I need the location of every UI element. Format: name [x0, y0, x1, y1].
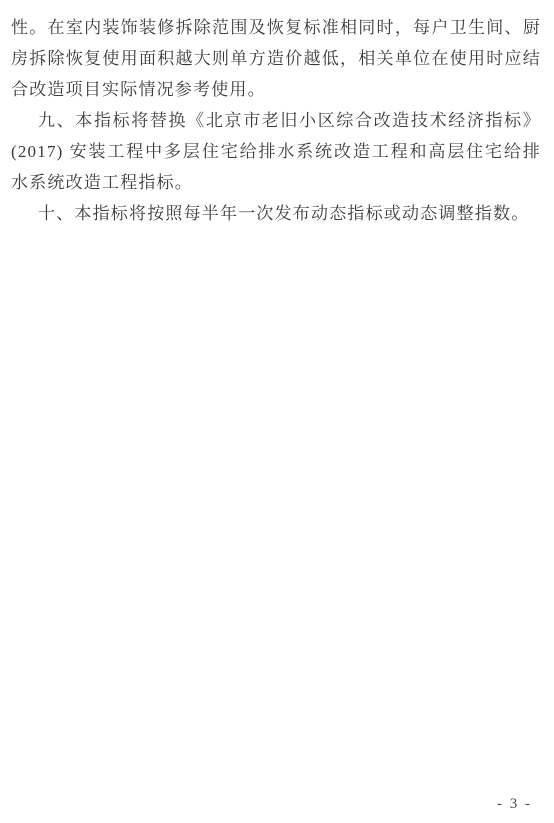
- page-number: - 3 -: [497, 796, 532, 813]
- document-body: 性。在室内装饰装修拆除范围及恢复标准相同时，每户卫生间、厨房拆除恢复使用面积越大…: [11, 12, 541, 229]
- paragraph-item-9: 九、本指标将替换《北京市老旧小区综合改造技术经济指标》(2017) 安装工程中多…: [11, 105, 541, 198]
- paragraph-item-10: 十、本指标将按照每半年一次发布动态指标或动态调整指数。: [11, 198, 541, 229]
- paragraph-continuation: 性。在室内装饰装修拆除范围及恢复标准相同时，每户卫生间、厨房拆除恢复使用面积越大…: [11, 12, 541, 105]
- document-page: 性。在室内装饰装修拆除范围及恢复标准相同时，每户卫生间、厨房拆除恢复使用面积越大…: [0, 0, 554, 823]
